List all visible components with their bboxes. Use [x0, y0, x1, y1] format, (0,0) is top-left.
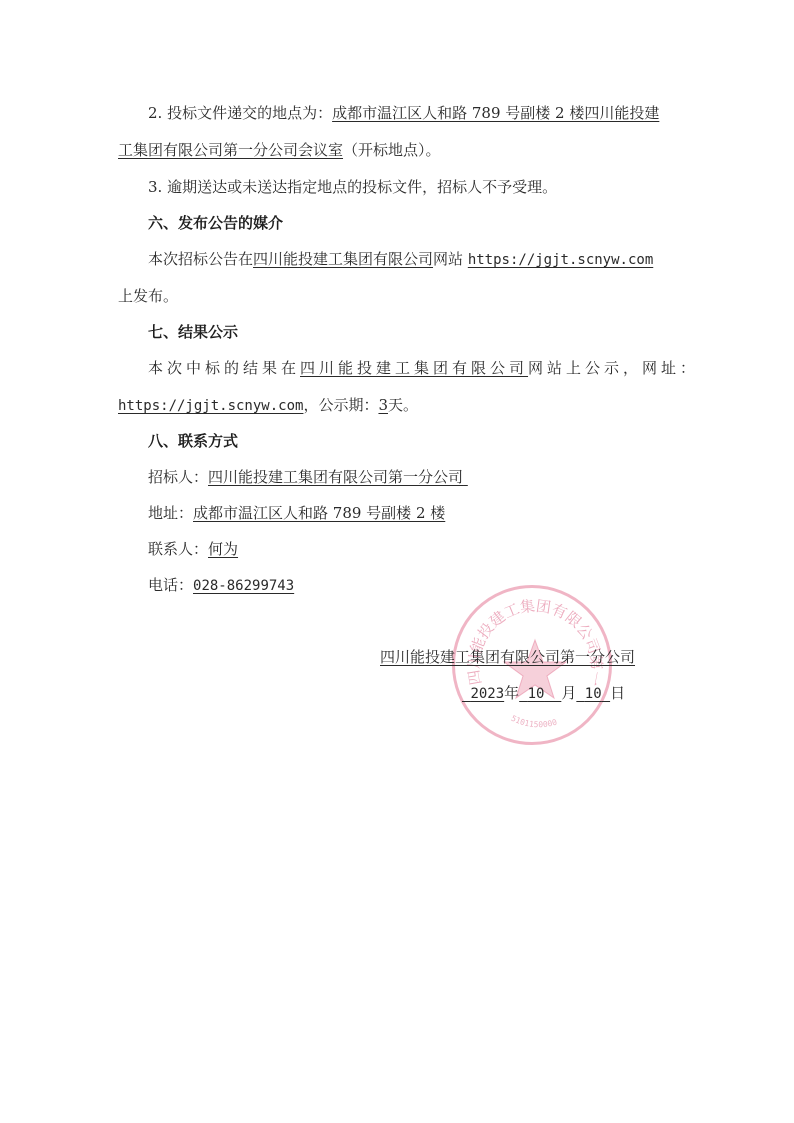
section-7-line-1: 本次中标的结果在四川能投建工集团有限公司网站上公示，网址：: [148, 358, 673, 378]
para-3: 3. 逾期送达或未送达指定地点的投标文件，招标人不予受理。: [148, 177, 673, 197]
section-7-heading: 七、结果公示: [148, 322, 673, 342]
section-6-heading: 六、发布公告的媒介: [148, 213, 673, 233]
svg-text:5101150000: 5101150000: [510, 714, 559, 729]
tenderer-row: 招标人：四川能投建工集团有限公司第一分公司: [148, 467, 673, 487]
para-2-prefix: 2. 投标文件递交的地点为：: [148, 104, 332, 122]
period-unit: 天。: [388, 396, 418, 414]
contact-value: 何为: [208, 540, 238, 558]
result-website-link[interactable]: https://jgjt.scnyw.com: [118, 398, 303, 414]
address-row: 地址：成都市温江区人和路 789 号副楼 2 楼: [148, 503, 673, 523]
section-7-line-2: https://jgjt.scnyw.com，公示期：3天。: [118, 395, 673, 416]
para-2-line-1: 2. 投标文件递交的地点为：成都市温江区人和路 789 号副楼 2 楼四川能投建: [148, 103, 673, 123]
section-6-text-prefix: 本次招标公告在: [148, 250, 253, 268]
section-6-company: 四川能投建工集团有限公司: [253, 250, 433, 268]
section-6-text-mid: 网站: [433, 250, 468, 268]
date-day-unit: 日: [610, 684, 625, 702]
address-label: 地址：: [148, 504, 193, 522]
section-7-text-suffix: 网站上公示，网址：: [528, 358, 699, 378]
phone-value: 028-86299743: [193, 578, 294, 594]
section-7-text-prefix: 本次中标的结果在: [148, 358, 300, 378]
date-day: 10: [576, 686, 610, 702]
section-8-heading: 八、联系方式: [148, 431, 673, 451]
tenderer-value: 四川能投建工集团有限公司第一分公司: [208, 468, 463, 486]
date-year: 2023: [462, 686, 504, 702]
date-year-unit: 年: [504, 684, 519, 702]
date-month-unit: 月: [561, 684, 576, 702]
section-6-line-1: 本次招标公告在四川能投建工集团有限公司网站 https://jgjt.scnyw…: [148, 249, 673, 270]
phone-row: 电话：028-86299743: [148, 575, 673, 596]
para-2-suffix: （开标地点）。: [343, 141, 441, 159]
date-month: 10: [519, 686, 561, 702]
document-page: 2. 投标文件递交的地点为：成都市温江区人和路 789 号副楼 2 楼四川能投建…: [0, 0, 794, 1123]
contact-label: 联系人：: [148, 540, 208, 558]
phone-label: 电话：: [148, 576, 193, 594]
svg-text:四川能投建工集团有限公司第一分公司: 四川能投建工集团有限公司第一分公司: [455, 588, 605, 688]
address-value: 成都市温江区人和路 789 号副楼 2 楼: [193, 504, 445, 522]
period-value: 3: [378, 396, 388, 414]
bid-submission-address-cont: 工集团有限公司第一分公司会议室: [118, 141, 343, 159]
signature-date: 2023年 10 月 10 日: [462, 683, 625, 704]
period-label: ，公示期：: [303, 396, 378, 414]
seal-star-icon: 四川能投建工集团有限公司第一分公司 5101150000: [455, 588, 615, 748]
signature-company: 四川能投建工集团有限公司第一分公司: [380, 647, 635, 667]
contact-row: 联系人：何为: [148, 539, 673, 559]
section-7-company: 四川能投建工集团有限公司: [300, 358, 528, 378]
website-link[interactable]: https://jgjt.scnyw.com: [468, 252, 653, 268]
tenderer-label: 招标人：: [148, 468, 208, 486]
bid-submission-address: 成都市温江区人和路 789 号副楼 2 楼四川能投建: [332, 104, 659, 122]
para-2-line-2: 工集团有限公司第一分公司会议室（开标地点）。: [118, 140, 673, 160]
section-6-line-2: 上发布。: [118, 286, 673, 306]
